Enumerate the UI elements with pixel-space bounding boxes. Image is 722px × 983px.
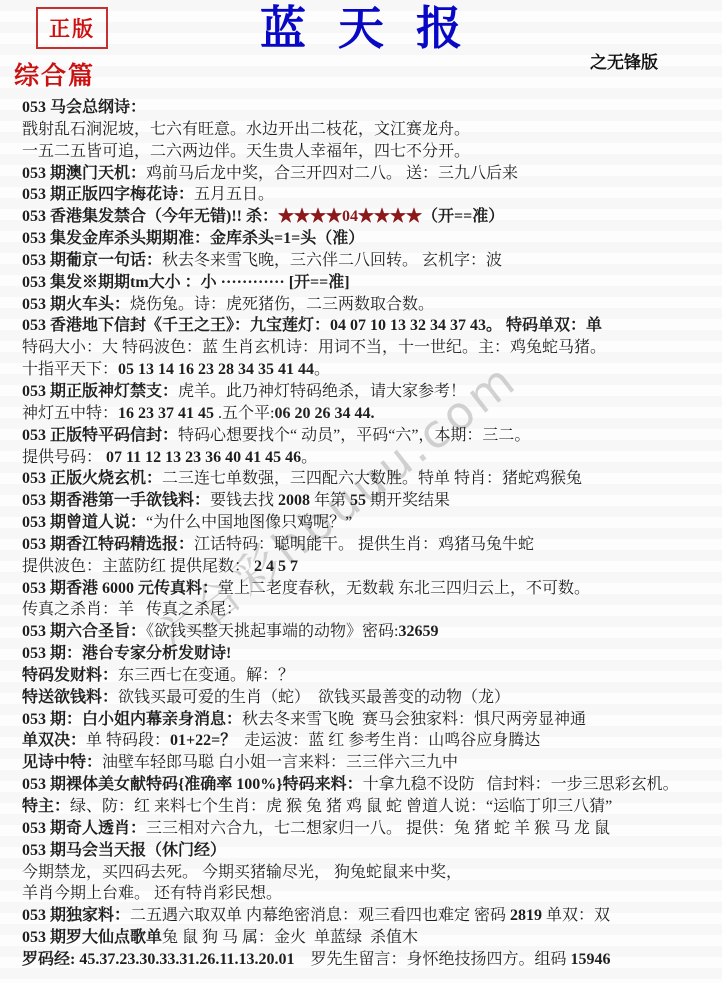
text-line: 羊肖今期上台难。 还有特肖彩民想。 (22, 883, 716, 905)
text-segment: 二三连七单数强，三四配六大数胜。特单 特肖：猪蛇鸡猴兔 (162, 470, 582, 487)
text-segment: 欲钱买最可爱的生肖（蛇） 欲钱买最善变的动物（龙） (118, 689, 510, 706)
text-line: 053 集发※期期tm大小 ：小 ············ [开==准] (22, 272, 716, 294)
text-segment: 特码大小：大 特码波色：蓝 生肖玄机诗：用词不当，十一世纪。主：鸡兔蛇马猪。 (22, 339, 606, 356)
text-segment: 053 香港地下信封《千王之王》：九宝莲灯：04 07 10 13 32 34 … (22, 317, 602, 334)
text-segment: 55 (350, 492, 366, 509)
text-segment: 烧伤兔。诗：虎死猪伤，二三两数取合数。 (130, 296, 434, 313)
text-segment: 江话特码：聪明能干。 提供生肖：鸡猪马兔牛蛇 (194, 536, 534, 553)
text-segment: 要钱去找 (210, 492, 278, 509)
text-segment: 053 期曾道人说： (22, 514, 146, 531)
text-segment: 053 期正版神灯禁支： (22, 383, 178, 400)
text-segment: 罗码经: (22, 951, 79, 968)
text-segment: 提供号码： (22, 449, 106, 466)
section-title: 综合篇 (14, 56, 95, 92)
text-segment: 罗先生留言：身怀绝技扬四方。组码 (294, 951, 570, 968)
text-segment: 053 期香江特码精选报： (22, 536, 194, 553)
text-line: 提供波色：主蓝防红 提供尾数： 2 4 5 7 (22, 556, 716, 578)
text-line: 053 集发金库杀头期期准：金库杀头=1=头（准） (22, 228, 716, 250)
text-line: 十指平天下：05 13 14 16 23 28 34 35 41 44。 (22, 359, 716, 381)
text-line: 神灯五中特：16 23 37 41 45 .五个平:06 20 26 34 44… (22, 403, 716, 425)
text-segment: 2819 (510, 907, 542, 924)
text-segment: 戬射乱石涧泥坡，七六有旺意。水边开出二枝花，文江赛龙舟。 (22, 121, 470, 138)
text-segment: 绿、防：红 来料七个生肖：虎 猴 兔 猪 鸡 鼠 蛇 曾道人说：“运临丁卯三八猜… (70, 798, 612, 815)
text-line: 053 期裸体美女献特码{准确率 100%}特码来料：十拿九稳不设防 信封料：一… (22, 774, 716, 796)
text-segment: 东三西七在变通。解：？ (118, 667, 294, 684)
text-segment: 走运波：蓝 红 参考生肖：山鸣谷应身腾达 (236, 732, 540, 749)
text-line: 053 期正版神灯禁支：虎羊。此乃神灯特码绝杀，请大家参考！ (22, 381, 716, 403)
text-line: 053 期六合圣旨：《欲钱买整天挑起事端的动物》密码:32659 (22, 621, 716, 643)
text-line: 戬射乱石涧泥坡，七六有旺意。水边开出二枝花，文江赛龙舟。 (22, 119, 716, 141)
text-segment: 053 马会总纲诗： (22, 99, 146, 116)
text-line: 特主：绿、防：红 来料七个生肖：虎 猴 兔 猪 鸡 鼠 蛇 曾道人说：“运临丁卯… (22, 796, 716, 818)
edition-subtitle: 之无锋版 (590, 48, 658, 73)
text-segment: ★★★★04★★★★ (278, 208, 422, 225)
text-segment: 053 正版火烧玄机： (22, 470, 162, 487)
text-line: 一五二五皆可追，二六两边伴。天生贵人幸福年，四七不分开。 (22, 141, 716, 163)
text-segment: 今期禁龙，买四码去死。 今期买猪输尽光， 狗兔蛇鼠来中奖， (22, 864, 462, 881)
text-segment: 053 集发※期期tm大小 ：小 ············ [开==准] (22, 274, 350, 291)
text-segment: 16 23 37 41 45 (118, 405, 214, 422)
text-segment: 虎羊。此乃神灯特码绝杀，请大家参考！ (178, 383, 466, 400)
text-line: 特码大小：大 特码波色：蓝 生肖玄机诗：用词不当，十一世纪。主：鸡兔蛇马猪。 (22, 337, 716, 359)
text-segment: 秋去冬来雪飞晚 赛马会独家料：惧尺两旁显神通 (242, 711, 586, 728)
text-segment: 07 11 12 13 23 36 40 41 45 46 (106, 449, 301, 466)
text-line: 053 期香港第一手欲钱料：要钱去找 2008 年第 55 期开奖结果 (22, 490, 716, 512)
text-line: 053 期火车头：烧伤兔。诗：虎死猪伤，二三两数取合数。 (22, 294, 716, 316)
text-segment: 提供波色：主蓝防红 提供尾数： (22, 558, 254, 575)
text-segment: 053 期罗大仙点歌单 (22, 929, 162, 946)
text-segment: 兔 鼠 狗 马 属：金火 单蓝绿 杀值木 (162, 929, 418, 946)
text-line: 053 期罗大仙点歌单兔 鼠 狗 马 属：金火 单蓝绿 杀值木 (22, 927, 716, 949)
text-segment: （开==准） (422, 208, 504, 225)
text-line: 053 期独家料：二五遇六取双单 内幕绝密消息：观三看四也难定 密码 2819 … (22, 905, 716, 927)
text-segment: 053 期六合圣旨： (22, 623, 146, 640)
text-line: 053 期奇人透肖：三三相对六合九，七二想家归一八。 提供：兔 猪 蛇 羊 猴 … (22, 818, 716, 840)
text-line: 053 期澳门天机：鸡前马后龙中奖，合三开四对二八。 送：三九八后来 (22, 163, 716, 185)
text-segment: 053 期：港台专家分析发财诗! (22, 645, 231, 662)
text-line: 053 期曾道人说：“为什么中国地图像只鸡呢？” (22, 512, 716, 534)
text-segment: 传真之杀肖：羊 传真之杀尾： (22, 601, 242, 618)
text-segment: 053 期葡京一句话： (22, 252, 162, 269)
text-segment: 单双：双 (542, 907, 610, 924)
text-segment: 01+22=？ (170, 732, 236, 749)
text-line: 053 马会总纲诗： (22, 97, 716, 119)
text-line: 053 正版火烧玄机：二三连七单数强，三四配六大数胜。特单 特肖：猪蛇鸡猴兔 (22, 468, 716, 490)
text-segment: 一五二五皆可追，二六两边伴。天生贵人幸福年，四七不分开。 (22, 143, 470, 160)
text-segment: 45.37.23.30.33.31.26.11.13.20.01 (79, 951, 294, 968)
text-line: 特码发财料：东三西七在变通。解：？ (22, 665, 716, 687)
text-segment: 十拿九稳不设防 信封料：一步三思彩玄机。 (363, 776, 679, 793)
text-line: 今期禁龙，买四码去死。 今期买猪输尽光， 狗兔蛇鼠来中奖， (22, 862, 716, 884)
text-segment: 《欲钱买整天挑起事端的动物》密码: (146, 623, 398, 640)
text-segment: 单 特码段： (86, 732, 170, 749)
text-segment: 053 期：白小姐内幕亲身消息： (22, 711, 242, 728)
text-segment: 特主： (22, 798, 70, 815)
text-line: 传真之杀肖：羊 传真之杀尾： (22, 599, 716, 621)
text-line: 053 期香港 6000 元传真料：堂上二老度春秋，无数载 东北三四归云上，不可… (22, 578, 716, 600)
text-segment: 十指平天下： (22, 361, 118, 378)
text-segment: 15946 (570, 951, 610, 968)
text-segment: 年第 (310, 492, 350, 509)
text-segment: 2008 (278, 492, 310, 509)
text-segment: 神灯五中特： (22, 405, 118, 422)
text-segment: 2 4 5 7 (254, 558, 298, 575)
text-segment: 053 期独家料： (22, 907, 130, 924)
text-segment: 堂上二老度春秋，无数载 东北三四归云上，不可数。 (218, 580, 590, 597)
text-line: 053 期马会当天报（休门经） (22, 840, 716, 862)
text-line: 053 期香江特码精选报：江话特码：聪明能干。 提供生肖：鸡猪马兔牛蛇 (22, 534, 716, 556)
text-segment: 053 香港集发禁合（今年无错)!! 杀： (22, 208, 278, 225)
text-line: 见诗中特：油壁车轻郎马聪 白小姐一言来料：三三伴六三九中 (22, 752, 716, 774)
text-segment: 053 期香港第一手欲钱料： (22, 492, 210, 509)
text-line: 罗码经: 45.37.23.30.33.31.26.11.13.20.01 罗先… (22, 949, 716, 971)
text-line: 053 期：白小姐内幕亲身消息：秋去冬来雪飞晚 赛马会独家料：惧尺两旁显神通 (22, 709, 716, 731)
content: 053 马会总纲诗：戬射乱石涧泥坡，七六有旺意。水边开出二枝花，文江赛龙舟。一五… (22, 97, 716, 971)
text-segment: 053 期正版四字梅花诗： (22, 186, 194, 203)
text-line: 单双决：单 特码段：01+22=？ 走运波：蓝 红 参考生肖：山鸣谷应身腾达 (22, 730, 716, 752)
text-segment: 单双决： (22, 732, 86, 749)
text-line: 053 期：港台专家分析发财诗! (22, 643, 716, 665)
text-segment: 见诗中特： (22, 754, 102, 771)
text-segment: 053 期澳门天机： (22, 165, 146, 182)
text-segment: 鸡前马后龙中奖，合三开四对二八。 送：三九八后来 (146, 165, 518, 182)
text-segment: 053 期马会当天报（休门经） (22, 842, 226, 859)
text-segment: 053 正版特平码信封： (22, 427, 178, 444)
text-segment: 053 期香港 6000 元传真料： (22, 580, 218, 597)
text-segment: 特码发财料： (22, 667, 118, 684)
text-line: 053 期葡京一句话：秋去冬来雪飞晚，三六伴二八回转。 玄机字：波 (22, 250, 716, 272)
text-segment: 05 13 14 16 23 28 34 35 41 44 (118, 361, 314, 378)
text-line: 053 正版特平码信封：特码心想要找个“ 动员”，平码“六”，本期：三二。 (22, 425, 716, 447)
page: 正版 蓝天报 之无锋版 综合篇 六合彩hbuuu.com 053 马会总纲诗：戬… (0, 0, 722, 983)
text-segment: .五个平: (214, 405, 274, 422)
text-segment: 三三相对六合九，七二想家归一八。 提供：兔 猪 蛇 羊 猴 马 龙 鼠 (146, 820, 610, 837)
text-segment: 秋去冬来雪飞晚，三六伴二八回转。 玄机字：波 (162, 252, 502, 269)
text-segment: 二五遇六取双单 内幕绝密消息：观三看四也难定 密码 (130, 907, 510, 924)
text-segment: 特送欲钱料： (22, 689, 118, 706)
text-line: 053 香港集发禁合（今年无错)!! 杀：★★★★04★★★★（开==准） (22, 206, 716, 228)
text-segment: 。 (301, 449, 317, 466)
text-segment: 053 期奇人透肖： (22, 820, 146, 837)
text-segment: “为什么中国地图像只鸡呢？” (146, 514, 352, 531)
text-segment: 053 集发金库杀头期期准：金库杀头=1=头（准） (22, 230, 364, 247)
text-line: 提供号码： 07 11 12 13 23 36 40 41 45 46。 (22, 447, 716, 469)
text-segment: 053 期裸体美女献特码{准确率 100%}特码来料： (22, 776, 363, 793)
text-line: 053 期正版四字梅花诗：五月五日。 (22, 184, 716, 206)
text-segment: 。 (314, 361, 330, 378)
text-segment: 期开奖结果 (366, 492, 450, 509)
text-line: 特送欲钱料：欲钱买最可爱的生肖（蛇） 欲钱买最善变的动物（龙） (22, 687, 716, 709)
text-segment: 053 期火车头： (22, 296, 130, 313)
text-line: 053 香港地下信封《千王之王》：九宝莲灯：04 07 10 13 32 34 … (22, 315, 716, 337)
text-segment: 32659 (398, 623, 438, 640)
text-segment: 06 20 26 34 44. (274, 405, 374, 422)
text-segment: 羊肖今期上台难。 还有特肖彩民想。 (22, 885, 282, 902)
text-segment: 特码心想要找个“ 动员”，平码“六”，本期：三二。 (178, 427, 530, 444)
text-segment: 五月五日。 (194, 186, 274, 203)
text-segment: 油壁车轻郎马聪 白小姐一言来料：三三伴六三九中 (102, 754, 458, 771)
